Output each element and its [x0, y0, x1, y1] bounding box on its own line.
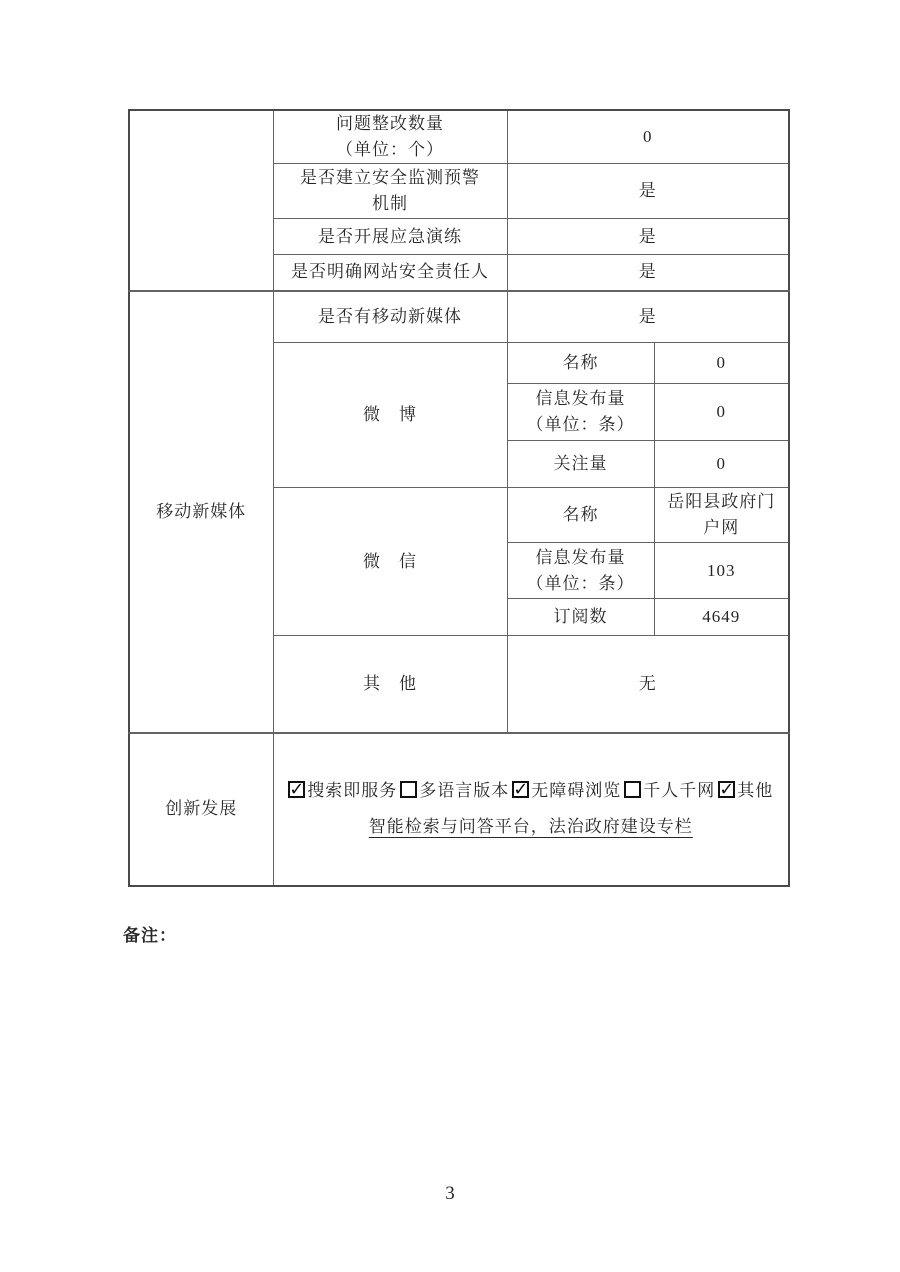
wechat-subscribers-label: 订阅数	[507, 599, 654, 636]
emergency-drill-value: 是	[507, 219, 789, 255]
checkbox-multilingual[interactable]	[400, 781, 417, 798]
has-mobile-media-value: 是	[507, 291, 789, 343]
security-monitor-value: 是	[507, 164, 789, 219]
document-page: 问题整改数量 （单位：个） 0 是否建立安全监测预警 机制 是 是否开展应急演练…	[0, 0, 900, 1272]
option-personalized-web-label: 千人千网	[643, 781, 715, 800]
wechat-name-label: 名称	[507, 488, 654, 543]
option-multilingual-label: 多语言版本	[419, 781, 509, 800]
page-number: 3	[0, 1183, 900, 1205]
security-section-label-cell	[129, 110, 273, 291]
wechat-posts-value: 103	[654, 543, 789, 599]
option-search-as-service-label: 搜索即服务	[307, 781, 397, 800]
other-media-label: 其 他	[273, 636, 507, 733]
checkbox-search-as-service[interactable]	[288, 781, 305, 798]
checkbox-personalized-web[interactable]	[624, 781, 641, 798]
innovation-section-label: 创新发展	[129, 733, 273, 886]
checkbox-other[interactable]	[718, 781, 735, 798]
wechat-name-value: 岳阳县政府门户网	[654, 488, 789, 543]
weibo-posts-value: 0	[654, 384, 789, 441]
weibo-name-value: 0	[654, 343, 789, 384]
other-media-value: 无	[507, 636, 789, 733]
issue-rectify-count-label: 问题整改数量 （单位：个）	[273, 110, 507, 164]
notes-label: 备注：	[123, 921, 177, 946]
weibo-followers-label: 关注量	[507, 441, 654, 488]
innovation-options-line: 搜索即服务多语言版本无障碍浏览千人千网其他	[284, 773, 779, 809]
annual-report-table: 问题整改数量 （单位：个） 0 是否建立安全监测预警 机制 是 是否开展应急演练…	[128, 109, 790, 887]
innovation-other-detail: 智能检索与问答平台，法治政府建设专栏	[284, 809, 779, 845]
wechat-subscribers-value: 4649	[654, 599, 789, 636]
wechat-posts-label: 信息发布量 （单位：条）	[507, 543, 654, 599]
wechat-group-label: 微 信	[273, 488, 507, 636]
weibo-posts-label: 信息发布量 （单位：条）	[507, 384, 654, 441]
emergency-drill-label: 是否开展应急演练	[273, 219, 507, 255]
option-other-label: 其他	[737, 781, 773, 800]
innovation-content-cell: 搜索即服务多语言版本无障碍浏览千人千网其他 智能检索与问答平台，法治政府建设专栏	[273, 733, 789, 886]
weibo-followers-value: 0	[654, 441, 789, 488]
security-monitor-label: 是否建立安全监测预警 机制	[273, 164, 507, 219]
security-officer-value: 是	[507, 255, 789, 291]
mobile-media-section-label: 移动新媒体	[129, 291, 273, 733]
has-mobile-media-label: 是否有移动新媒体	[273, 291, 507, 343]
weibo-name-label: 名称	[507, 343, 654, 384]
issue-rectify-count-value: 0	[507, 110, 789, 164]
checkbox-accessibility[interactable]	[512, 781, 529, 798]
option-accessibility-label: 无障碍浏览	[531, 781, 621, 800]
weibo-group-label: 微 博	[273, 343, 507, 488]
security-officer-label: 是否明确网站安全责任人	[273, 255, 507, 291]
